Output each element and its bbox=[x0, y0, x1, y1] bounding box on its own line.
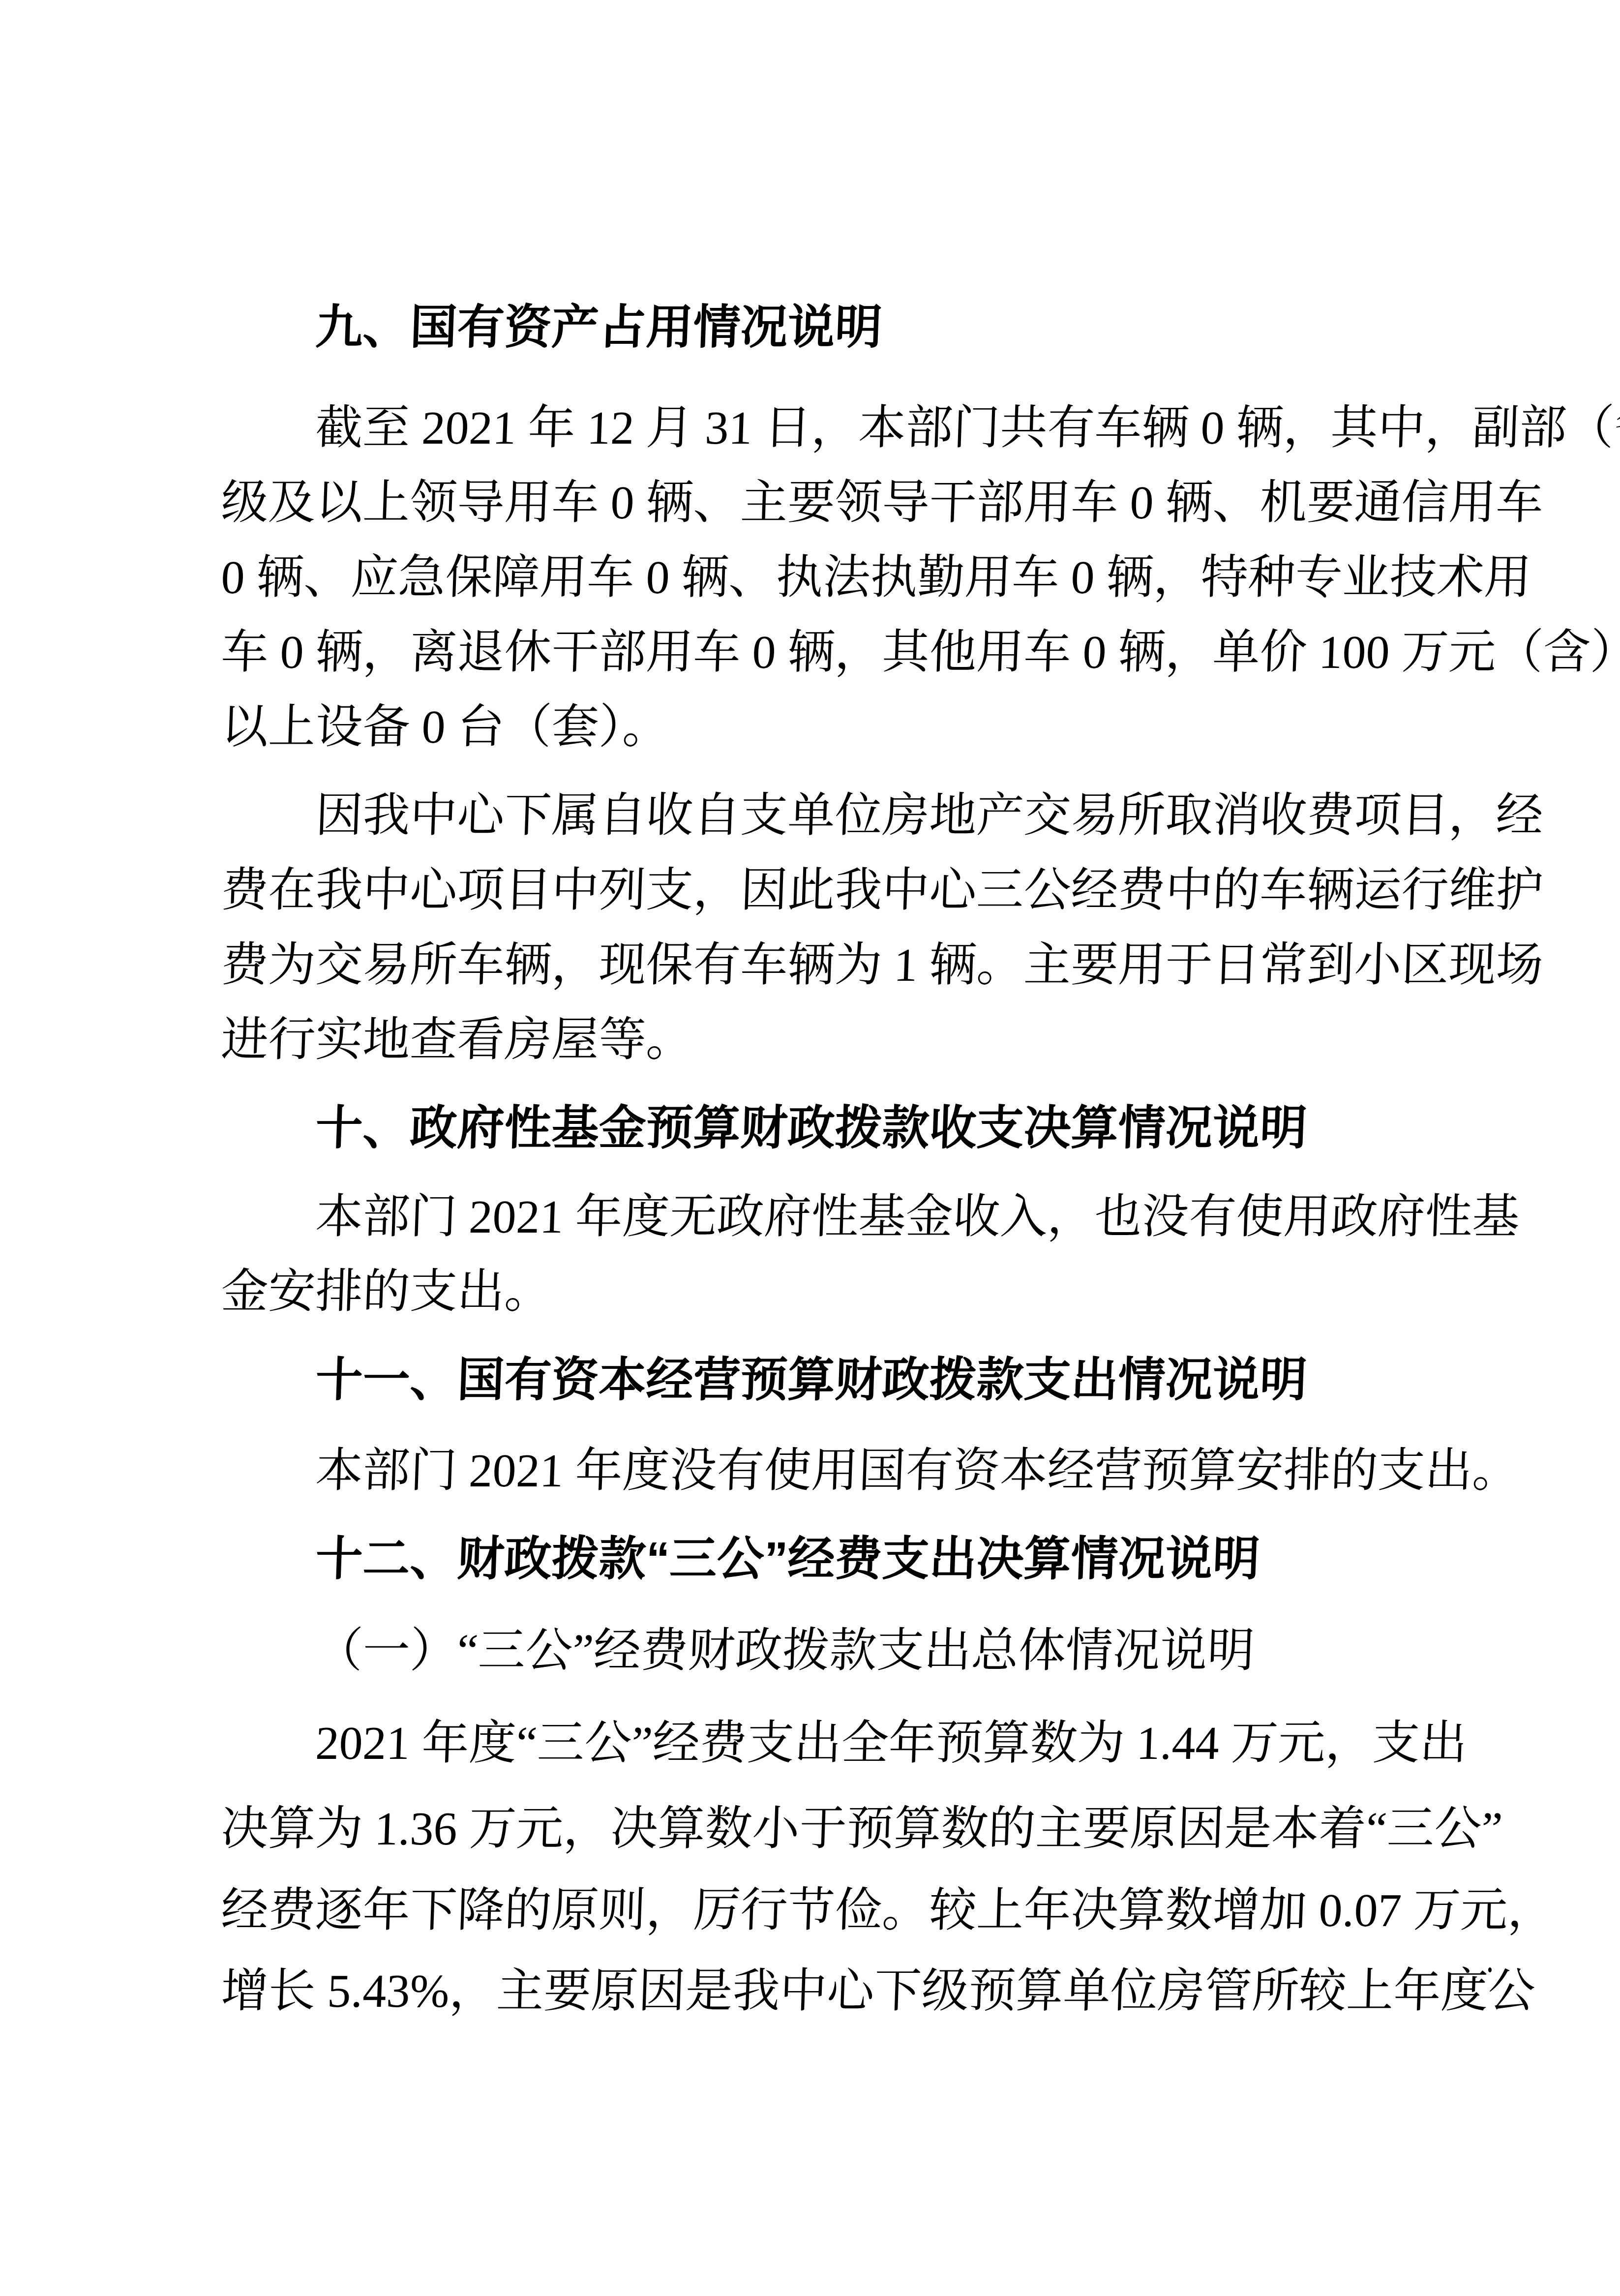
para-line: 截至 2021 年 12 月 31 日，本部门共有车辆 0 辆，其中，副部（省） bbox=[220, 391, 1481, 465]
para-line: 金安排的支出。 bbox=[220, 1254, 1481, 1329]
heading-section-11: 十一、国有资本经营预算财政拨款支出情况说明 bbox=[220, 1343, 1481, 1418]
heading-section-10: 十、政府性基金预算财政拨款收支决算情况说明 bbox=[220, 1091, 1481, 1166]
para-line: 0 辆、应急保障用车 0 辆、执法执勤用车 0 辆，特种专业技术用 bbox=[220, 540, 1481, 615]
document-page: 九、国有资产占用情况说明 截至 2021 年 12 月 31 日，本部门共有车辆… bbox=[0, 0, 1620, 2296]
para-line: 本部门 2021 年度没有使用国有资本经营预算安排的支出。 bbox=[220, 1433, 1481, 1508]
para-line: 因我中心下属自收自支单位房地产交易所取消收费项目，经 bbox=[220, 778, 1481, 853]
heading-section-9: 九、国有资产占用情况说明 bbox=[220, 290, 1481, 365]
para-line: 进行实地查看房屋等。 bbox=[220, 1002, 1481, 1077]
para-line: 决算为 1.36 万元，决算数小于预算数的主要原因是本着“三公” bbox=[220, 1791, 1481, 1866]
para-line: 费为交易所车辆，现保有车辆为 1 辆。主要用于日常到小区现场 bbox=[220, 928, 1481, 1002]
subheading-section-12-1: （一）“三公”经费财政拨款支出总体情况说明 bbox=[220, 1613, 1481, 1688]
para-line: 经费逐年下降的原则，厉行节俭。较上年决算数增加 0.07 万元， bbox=[220, 1873, 1481, 1948]
scan-noise-speck bbox=[1488, 1967, 1492, 1972]
para-line: 增长 5.43%，主要原因是我中心下级预算单位房管所较上年度公 bbox=[220, 1954, 1481, 2028]
para-line: 本部门 2021 年度无政府性基金收入，也没有使用政府性基 bbox=[220, 1179, 1481, 1254]
document-text-block: 九、国有资产占用情况说明 截至 2021 年 12 月 31 日，本部门共有车辆… bbox=[220, 290, 1479, 2028]
para-line: 级及以上领导用车 0 辆、主要领导干部用车 0 辆、机要通信用车 bbox=[220, 465, 1481, 540]
para-line: 以上设备 0 台（套）。 bbox=[220, 690, 1481, 764]
heading-section-12: 十二、财政拨款“三公”经费支出决算情况说明 bbox=[220, 1522, 1481, 1597]
para-line: 2021 年度“三公”经费支出全年预算数为 1.44 万元，支出 bbox=[220, 1706, 1481, 1781]
para-line: 车 0 辆，离退休干部用车 0 辆，其他用车 0 辆，单价 100 万元（含） bbox=[220, 615, 1481, 690]
para-line: 费在我中心项目中列支，因此我中心三公经费中的车辆运行维护 bbox=[220, 853, 1481, 928]
